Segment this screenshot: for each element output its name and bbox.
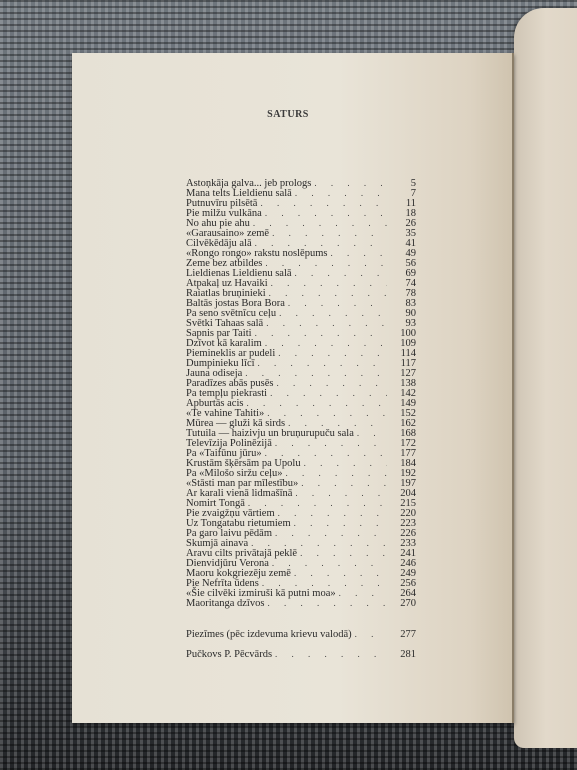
toc-entry: Cilvēkēdāju alā41 — [186, 238, 416, 248]
toc-entry: Raiatlas bruņinieki78 — [186, 288, 416, 298]
toc-entry: Pa «Milošo siržu ceļu»192 — [186, 468, 416, 478]
leader-dots — [265, 258, 387, 268]
leader-dots — [272, 558, 387, 568]
leader-dots — [260, 198, 387, 208]
leader-dots — [265, 208, 387, 218]
toc-entry: Sapnis par Taiti100 — [186, 328, 416, 338]
toc-entry: Televīzija Polinēzijā172 — [186, 438, 416, 448]
toc-entry: Aravu cilts privātajā peklē241 — [186, 548, 416, 558]
leader-dots — [357, 428, 387, 438]
toc-entry: Astoņkāja galva... jeb prologs5 — [186, 178, 416, 188]
toc-entry: Maoritanga dzīvos270 — [186, 598, 416, 608]
leader-dots — [301, 478, 387, 488]
toc-entry: «Rongo rongo» rakstu noslēpums49 — [186, 248, 416, 258]
toc-entry: Pučkovs P. Pēcvārds281 — [186, 644, 416, 664]
toc-entry: Jauna odiseja127 — [186, 368, 416, 378]
leader-dots — [258, 358, 387, 368]
toc-entry: Pa garo laivu pēdām226 — [186, 528, 416, 538]
toc-extras: Piezīmes (pēc izdevuma krievu valodā)277… — [186, 624, 416, 664]
leader-dots — [276, 378, 387, 388]
toc-entry: Skumjā ainava233 — [186, 538, 416, 548]
toc-entry: Atpakaļ uz Havaiki74 — [186, 278, 416, 288]
toc-entry: Baltās jostas Bora Bora83 — [186, 298, 416, 308]
toc-entry: No ahu pie ahu26 — [186, 218, 416, 228]
leader-dots — [278, 508, 387, 518]
leader-dots — [275, 528, 387, 538]
toc-entry: Dienvidjūru Verona246 — [186, 558, 416, 568]
toc-entry: «Stāsti man par mīlestību»197 — [186, 478, 416, 488]
leader-dots — [251, 538, 387, 548]
leader-dots — [246, 398, 387, 408]
toc-entry: Apburtās acis149 — [186, 398, 416, 408]
leader-dots — [330, 248, 387, 258]
toc-entry: Pa seno svētnīcu ceļu90 — [186, 308, 416, 318]
toc-entry: Tutuila — haizivju un bruņurupuču sala16… — [186, 428, 416, 438]
toc-entry: Uz Tongatabu rietumiem223 — [186, 518, 416, 528]
toc-entries: Astoņkāja galva... jeb prologs5Mana telt… — [186, 178, 416, 608]
leader-dots — [245, 368, 387, 378]
toc-entry: Piezīmes (pēc izdevuma krievu valodā)277 — [186, 624, 416, 644]
leader-dots — [265, 338, 387, 348]
toc-entry: Nomirt Tongā215 — [186, 498, 416, 508]
leader-dots — [295, 188, 387, 198]
toc-entry: «Te vahine Tahiti»152 — [186, 408, 416, 418]
toc-entry: «Garausaino» zemē35 — [186, 228, 416, 238]
page-title: SATURS — [72, 109, 514, 120]
toc-entry: Putnuvīru pilsētā11 — [186, 198, 416, 208]
spine — [512, 53, 514, 723]
leader-dots — [265, 448, 387, 458]
toc-entry: Pa «Taifūnu jūru»177 — [186, 448, 416, 458]
toc-entry: Dzīvot kā karalim109 — [186, 338, 416, 348]
toc-entry: Pie milžu vulkāna18 — [186, 208, 416, 218]
leader-dots — [267, 598, 387, 608]
leader-dots — [266, 318, 387, 328]
leader-dots — [253, 218, 387, 228]
toc-entry: Pie Nefrīta ūdens256 — [186, 578, 416, 588]
leader-dots — [286, 468, 387, 478]
leader-dots — [255, 238, 387, 248]
leader-dots — [272, 228, 387, 238]
entry-title: Maoritanga dzīvos — [186, 599, 264, 609]
leader-dots — [267, 408, 387, 418]
toc-entry: Ar karali vienā lidmašīnā204 — [186, 488, 416, 498]
leader-dots — [288, 298, 387, 308]
book-page: SATURS Astoņkāja galva... jeb prologs5Ma… — [72, 53, 514, 723]
toc-entry: Zeme bez atbildes56 — [186, 258, 416, 268]
leader-dots — [304, 458, 387, 468]
toc-entry: Maoru kokgriezēju zemē249 — [186, 568, 416, 578]
leader-dots — [339, 588, 387, 598]
leader-dots — [275, 438, 387, 448]
leader-dots — [295, 488, 387, 498]
toc-entry: Mana telts Lieldienu salā7 — [186, 188, 416, 198]
leader-dots — [270, 388, 387, 398]
toc-entry: Mūrea — gluži kā sirds162 — [186, 418, 416, 428]
leader-dots — [269, 288, 387, 298]
leader-dots — [271, 278, 387, 288]
toc-entry: Lieldienas Lieldienu salā69 — [186, 268, 416, 278]
entry-page-number: 281 — [390, 645, 416, 665]
toc-entry: Paradīzes abās pusēs138 — [186, 378, 416, 388]
facing-page — [514, 8, 577, 748]
leader-dots — [255, 328, 387, 338]
toc-entry: «Šie cilvēki izmiruši kā putni moa»264 — [186, 588, 416, 598]
leader-dots — [294, 518, 387, 528]
toc-entry: Pie zvaigžņu vārtiem220 — [186, 508, 416, 518]
toc-entry: Dumpinieku līcī117 — [186, 358, 416, 368]
leader-dots — [248, 498, 387, 508]
leader-dots — [355, 624, 387, 644]
entry-title: Pučkovs P. Pēcvārds — [186, 645, 272, 665]
leader-dots — [314, 178, 387, 188]
entry-page-number: 270 — [390, 599, 416, 609]
leader-dots — [278, 348, 387, 358]
table-of-contents: Astoņkāja galva... jeb prologs5Mana telt… — [186, 178, 416, 664]
entry-page-number: 277 — [390, 625, 416, 645]
entry-title: Piezīmes (pēc izdevuma krievu valodā) — [186, 625, 352, 645]
leader-dots — [295, 268, 387, 278]
toc-entry: Piemineklis ar pudeli114 — [186, 348, 416, 358]
toc-entry: Svētki Tahaas salā93 — [186, 318, 416, 328]
leader-dots — [279, 308, 387, 318]
leader-dots — [294, 568, 387, 578]
toc-entry: Krustām šķērsām pa Upolu184 — [186, 458, 416, 468]
toc-entry: Pa tempļu piekrasti142 — [186, 388, 416, 398]
leader-dots — [275, 644, 387, 664]
leader-dots — [300, 548, 387, 558]
leader-dots — [262, 578, 387, 588]
leader-dots — [288, 418, 387, 428]
